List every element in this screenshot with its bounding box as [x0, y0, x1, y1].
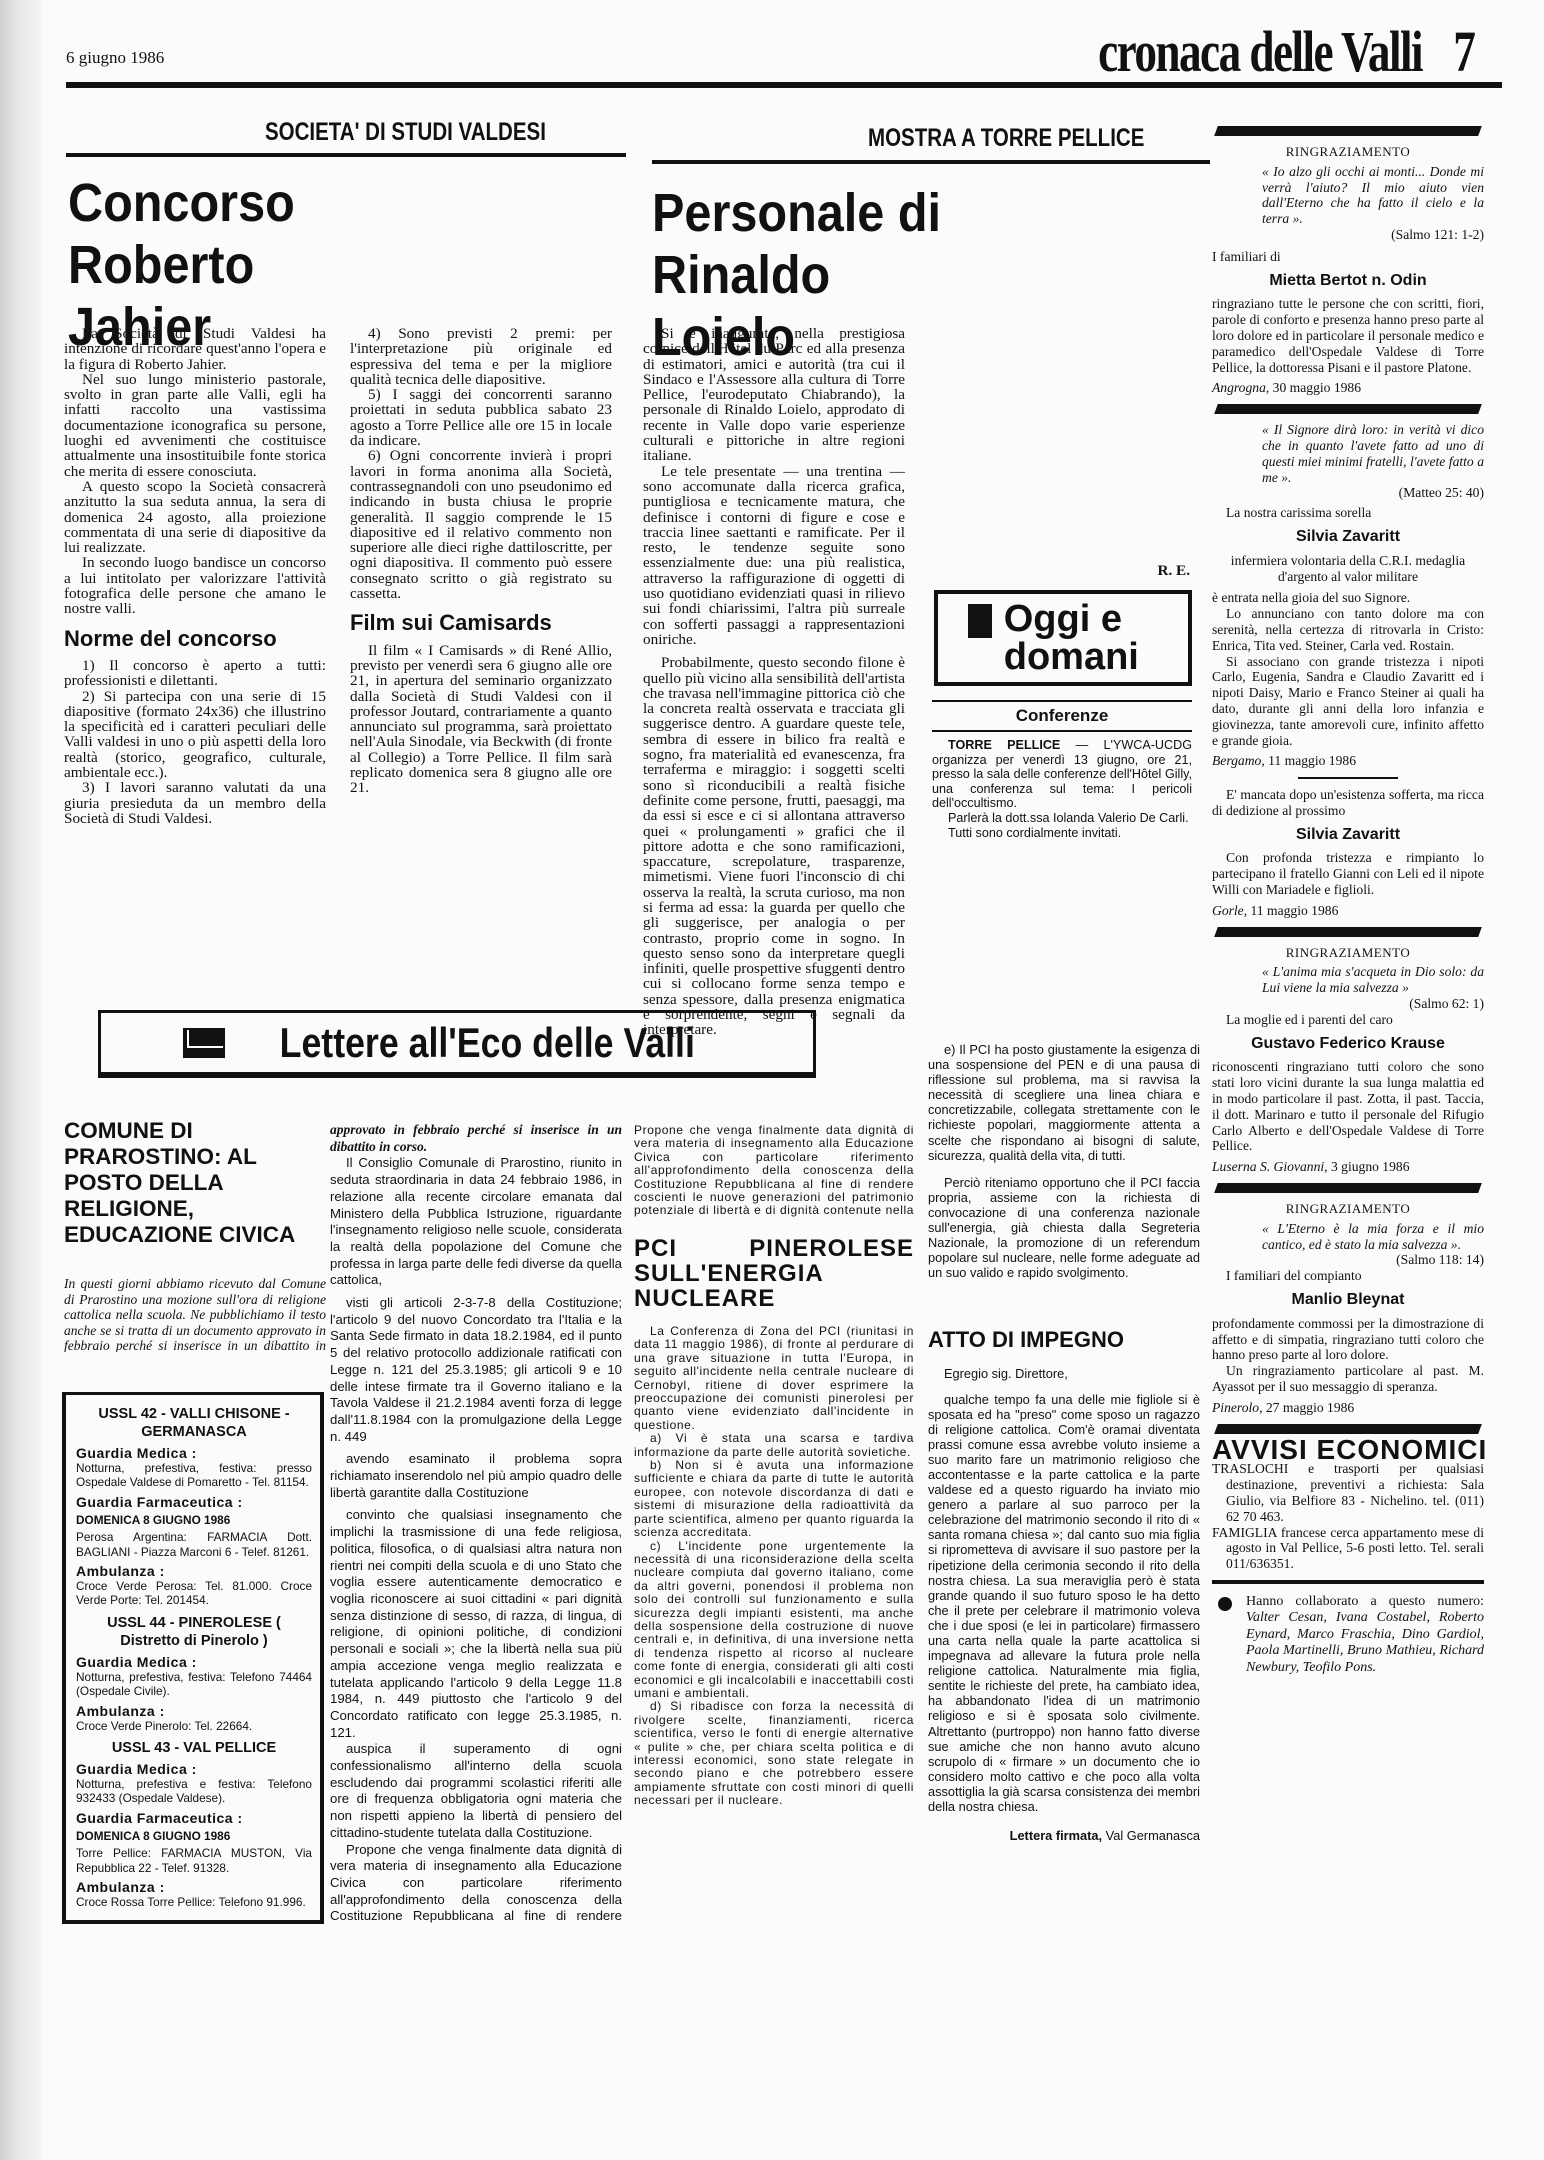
notice-name: Silvia Zavaritt	[1212, 529, 1484, 545]
service-text: Croce Verde Perosa: Tel. 81.000. Croce V…	[76, 1579, 312, 1608]
rule-item: 6) Ogni concorrente invierà i propri lav…	[350, 448, 612, 601]
headline-atto-impegno: ATTO DI IMPEGNO	[928, 1328, 1200, 1352]
ussl-title: USSL 44 - PINEROLESE ( Distretto di Pine…	[76, 1614, 312, 1650]
black-bar	[1214, 1183, 1482, 1193]
notice-intro: I familiari di	[1212, 249, 1484, 265]
notice-body: Con profonda tristezza e rimpianto lo pa…	[1212, 850, 1484, 897]
paragraph: Si è inaugurata, nella prestigiosa corni…	[643, 326, 905, 464]
notice-intro: I familiari del compianto	[1212, 1268, 1484, 1284]
black-bar	[1214, 126, 1482, 136]
ussl-title: USSL 43 - VAL PELLICE	[76, 1739, 312, 1757]
notice-verse: « L'Eterno è la mia forza e il mio canti…	[1262, 1221, 1484, 1253]
notice-place-date: Pinerolo, 27 maggio 1986	[1212, 1400, 1484, 1416]
service-text: Notturna, prefestiva, festiva: Telefono …	[76, 1670, 312, 1699]
paragraph: La Conferenza di Zona del PCI (riunitasi…	[634, 1325, 914, 1432]
service-text: Notturna, prefestiva, festiva: presso Os…	[76, 1461, 312, 1490]
notice-place-date: Bergamo, 11 maggio 1986	[1212, 753, 1484, 769]
service-heading: Guardia Medica :	[76, 1445, 312, 1461]
right-column-notices: RINGRAZIAMENTO « Io alzo gli occhi ai mo…	[1212, 126, 1484, 1676]
kicker-mostra: MOSTRA A TORRE PELLICE	[868, 124, 1144, 153]
paragraph: visti gli articoli 2-3-7-8 della Costitu…	[330, 1295, 622, 1445]
notice-intro: La moglie ed i parenti del caro	[1212, 1012, 1484, 1028]
paragraph: Le tele presentate — una trentina — sono…	[643, 464, 905, 648]
conferenze-heading: Conferenze	[932, 702, 1192, 730]
divider	[1298, 777, 1398, 779]
paragraph: e) Il PCI ha posto giustamente la esigen…	[928, 1042, 1200, 1163]
paragraph: avendo esaminato il problema sopra richi…	[330, 1451, 622, 1501]
ussl-title: USSL 42 - VALLI CHISONE - GERMANASCA	[76, 1405, 312, 1441]
paragraph: convinto che qualsiasi insegnamento che …	[330, 1507, 622, 1741]
letter-signature: Lettera firmata, Val Germanasca	[928, 1828, 1200, 1843]
location-lead: TORRE PELLICE	[948, 738, 1060, 752]
notice-title: infermiera volontaria della C.R.I. medag…	[1212, 553, 1484, 585]
masthead: cronaca delle Valli7	[1098, 18, 1474, 85]
paragraph: d) Si ribadisce con forza la necessità d…	[634, 1700, 914, 1807]
bullet-icon	[1218, 1597, 1232, 1611]
notice-intro: La nostra carissima sorella	[1212, 505, 1484, 521]
headline-prarostino: COMUNE DI PRAROSTINO: AL POSTO DELLA REL…	[64, 1118, 334, 1248]
notice-intro: E' mancata dopo un'esistenza sofferta, m…	[1212, 787, 1484, 819]
rule-item: 1) Il concorso è aperto a tutti: profess…	[64, 658, 326, 689]
notice-name: Mietta Bertot n. Odin	[1212, 273, 1484, 289]
lettere-banner: Lettere all'Eco delle Valli	[98, 1010, 816, 1078]
kicker-societa: SOCIETA' DI STUDI VALDESI	[265, 118, 546, 147]
paragraph: Il Consiglio Comunale di Prarostino, riu…	[330, 1155, 622, 1289]
subhead-film: Film sui Camisards	[350, 615, 612, 630]
paragraph: b) Non si è avuta una informazione suffi…	[634, 1459, 914, 1539]
paragraph: Propone che venga finalmente data dignit…	[330, 1842, 622, 1926]
collaborators-note: Hanno collaborato a questo numero: Valte…	[1212, 1594, 1484, 1677]
notice-body: riconoscenti ringraziano tutti coloro ch…	[1212, 1059, 1484, 1154]
notice-ref: (Salmo 118: 14)	[1212, 1252, 1484, 1268]
masthead-title: cronaca delle Valli	[1098, 19, 1422, 84]
notice-verse: « Il Signore dirà loro: in verità vi dic…	[1262, 422, 1484, 485]
article-concorso-col1: La Società di Studi Valdesi ha intenzion…	[64, 326, 326, 826]
notice-place-date: Angrogna, 30 maggio 1986	[1212, 380, 1484, 396]
service-heading: Ambulanza :	[76, 1879, 312, 1895]
service-heading: Guardia Medica :	[76, 1761, 312, 1777]
service-date: DOMENICA 8 GIUGNO 1986	[76, 1513, 312, 1527]
classified-ad: TRASLOCHI e trasporti per qualsiasi dest…	[1212, 1461, 1484, 1524]
conferenze-section: Conferenze TORRE PELLICE — L'YWCA-UCDG o…	[932, 700, 1192, 840]
notice-name: Manlio Bleynat	[1212, 1292, 1484, 1308]
rule-item: 3) I lavori saranno valutati da una giur…	[64, 780, 326, 826]
letter-intro: In questi giorni abbiamo ricevuto dal Co…	[64, 1276, 326, 1352]
notice-place-date: Luserna S. Giovanni, 3 giugno 1986	[1212, 1159, 1484, 1175]
letter-pci-body: Propone che venga finalmente data dignit…	[634, 1124, 914, 1808]
notice-place-date: Gorle, 11 maggio 1986	[1212, 903, 1484, 919]
paragraph: Perciò riteniamo opportuno che il PCI fa…	[928, 1175, 1200, 1281]
service-heading: Guardia Farmaceutica :	[76, 1810, 312, 1826]
square-bullet-icon	[968, 604, 992, 638]
notice-ref: (Matteo 25: 40)	[1212, 485, 1484, 501]
salutation: Egregio sig. Direttore,	[928, 1366, 1200, 1381]
letter-col4: e) Il PCI ha posto giustamente la esigen…	[928, 1042, 1200, 1843]
notice-verse: « Io alzo gli occhi ai monti... Donde mi…	[1262, 164, 1484, 227]
paragraph: qualche tempo fa una delle mie figliole …	[928, 1392, 1200, 1815]
page-edge-shadow	[0, 0, 42, 2160]
headline-pci: PCI PINEROLESE SULL'ENERGIA NUCLEARE	[634, 1236, 914, 1311]
notice-verse: « L'anima mia s'acqueta in Dio solo: da …	[1262, 964, 1484, 996]
rule-item: 2) Si partecipa con una serie di 15 diap…	[64, 689, 326, 781]
article-signature-wrap: R. E.	[928, 563, 1190, 578]
paragraph: a) Vi è stata una scarsa e tardiva infor…	[634, 1432, 914, 1459]
paragraph-continued: Propone che venga finalmente data dignit…	[634, 1124, 914, 1218]
notice-label: RINGRAZIAMENTO	[1212, 1201, 1484, 1217]
kicker-rule	[652, 160, 1210, 164]
service-date: DOMENICA 8 GIUGNO 1986	[76, 1829, 312, 1843]
article-personale-col1: Si è inaugurata, nella prestigiosa corni…	[643, 326, 905, 1038]
closing-text: Tutti sono cordialmente invitati.	[932, 826, 1192, 841]
notice-ref: (Salmo 121: 1-2)	[1212, 227, 1484, 243]
service-text: Croce Rossa Torre Pellice: Telefono 91.9…	[76, 1895, 312, 1909]
issue-date: 6 giugno 1986	[66, 48, 164, 68]
black-bar	[1214, 927, 1482, 937]
black-bar	[1214, 1424, 1482, 1434]
paragraph: Nel suo lungo ministerio pastorale, svol…	[64, 372, 326, 479]
notice-body: è entrata nella gioia del suo Signore. L…	[1212, 590, 1484, 748]
oggi-e-domani-title: Oggi e domani	[1004, 600, 1188, 676]
envelope-icon	[183, 1028, 225, 1058]
conferenze-text: TORRE PELLICE — L'YWCA-UCDG organizza pe…	[932, 738, 1192, 840]
article-concorso-col2: 4) Sono previsti 2 premi: per l'interpre…	[350, 326, 612, 796]
lettere-title: Lettere all'Eco delle Valli	[279, 1019, 694, 1067]
divider	[1212, 1580, 1484, 1584]
service-heading: Guardia Medica :	[76, 1654, 312, 1670]
paragraph: Il film « I Camisards » di René Allio, p…	[350, 643, 612, 796]
classified-ad: FAMIGLIA francese cerca appartamento mes…	[1212, 1525, 1484, 1572]
masthead-rule	[66, 82, 1502, 88]
service-heading: Guardia Farmaceutica :	[76, 1494, 312, 1510]
notice-label: RINGRAZIAMENTO	[1212, 144, 1484, 160]
notice-ref: (Salmo 62: 1)	[1212, 996, 1484, 1012]
article-signature: R. E.	[928, 563, 1190, 578]
page-number: 7	[1453, 19, 1474, 84]
divider	[932, 730, 1192, 732]
letter-prarostino-body: approvato in febbraio perché si inserisc…	[330, 1122, 622, 1926]
speaker-text: Parlerà la dott.ssa Iolanda Valerio De C…	[932, 811, 1192, 826]
notice-name: Silvia Zavaritt	[1212, 827, 1484, 843]
paragraph: c) L'incidente pone urgentemente la nece…	[634, 1540, 914, 1701]
service-heading: Ambulanza :	[76, 1703, 312, 1719]
notice-body: profondamente commossi per la dimostrazi…	[1212, 1316, 1484, 1395]
service-text: Torre Pellice: FARMACIA MUSTON, Via Repu…	[76, 1846, 312, 1875]
service-heading: Ambulanza :	[76, 1563, 312, 1579]
service-text: Perosa Argentina: FARMACIA Dott. BAGLIAN…	[76, 1530, 312, 1559]
paragraph: auspica il superamento di ogni confessio…	[330, 1741, 622, 1841]
avvisi-economici-heading: AVVISI ECONOMICI	[1212, 1442, 1484, 1458]
notice-body: ringraziano tutte le persone che con scr…	[1212, 296, 1484, 375]
paragraph: In secondo luogo bandisce un concorso a …	[64, 555, 326, 616]
service-text: Croce Verde Pinerolo: Tel. 22664.	[76, 1719, 312, 1733]
rule-item: 4) Sono previsti 2 premi: per l'interpre…	[350, 326, 612, 387]
notice-name: Gustavo Federico Krause	[1212, 1036, 1484, 1052]
ussl-info-box: USSL 42 - VALLI CHISONE - GERMANASCA Gua…	[62, 1392, 324, 1924]
black-bar	[1214, 404, 1482, 414]
subhead-norme: Norme del concorso	[64, 631, 326, 646]
article-personale-col2	[928, 326, 1190, 591]
service-text: Notturna, prefestiva e festiva: Telefono…	[76, 1777, 312, 1806]
intro-tail: approvato in febbraio perché si inserisc…	[330, 1122, 622, 1155]
oggi-e-domani-banner: Oggi e domani	[934, 590, 1192, 686]
paragraph: Probabilmente, questo secondo filone è q…	[643, 655, 905, 1037]
paragraph: A questo scopo la Società consacrerà anz…	[64, 479, 326, 555]
kicker-rule	[66, 153, 626, 157]
rule-item: 5) I saggi dei concorrenti saranno proie…	[350, 387, 612, 448]
paragraph: La Società di Studi Valdesi ha intenzion…	[64, 326, 326, 372]
notice-label: RINGRAZIAMENTO	[1212, 945, 1484, 961]
